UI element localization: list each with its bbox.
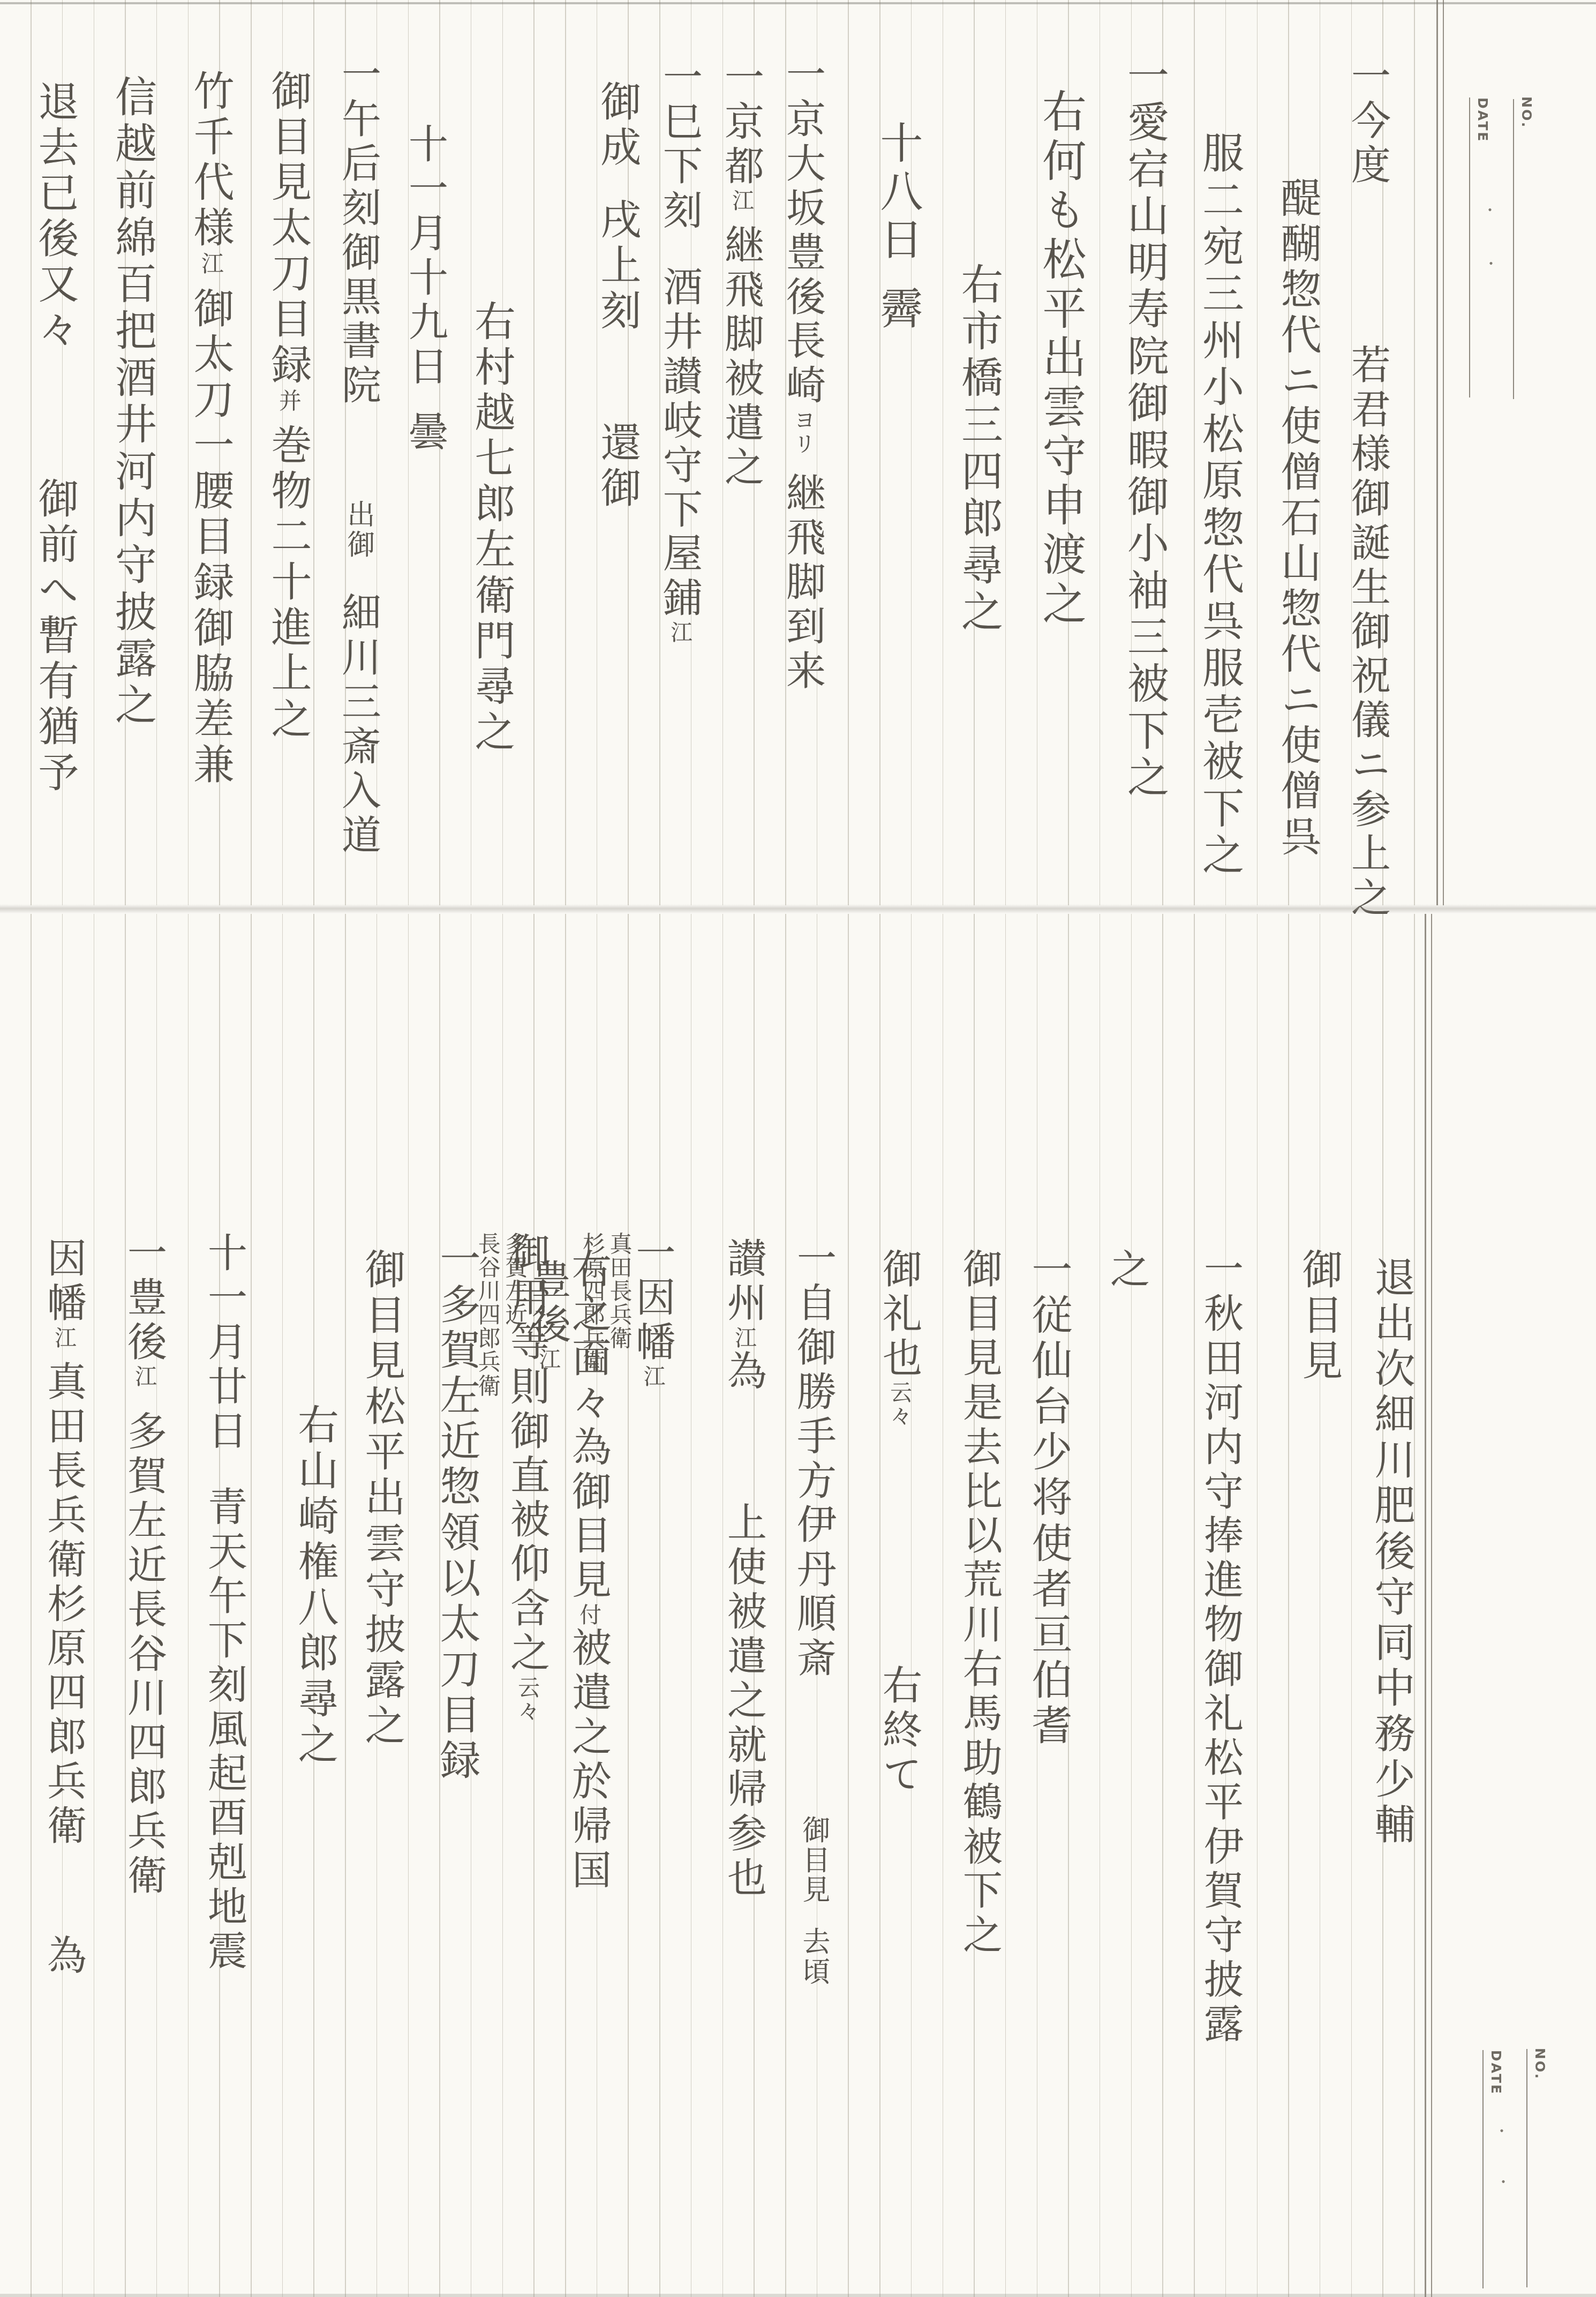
manuscript-column: 竹千代様江御太刀一腰目録御脇差兼 (171, 0, 231, 905)
date-label: DATE (1488, 2050, 1504, 2095)
manuscript-page-2: 退出次細川肥後守同中務少輔御目見一秋田河内守捧進物御礼松平伊賀守披露之一従仙台少… (0, 914, 1596, 2297)
margin-rule (1425, 914, 1426, 2297)
manuscript-page-1: 一今度若君様御誕生御祝儀ニ参上之醍醐惣代ニ使僧石山惣代ニ使僧呉服二宛三州小松原惣… (0, 0, 1596, 905)
manuscript-column: 右之面々為御目見付被遣之於帰国 (548, 914, 608, 2297)
manuscript-column: 服二宛三州小松原惣代呉服壱被下之 (1180, 0, 1240, 905)
manuscript-column: 一巳下刻酒井讃岐守下屋鋪江 (639, 0, 699, 905)
manuscript-column: 御成戌上刻還御 (578, 0, 638, 905)
date-dot: ・ (1482, 199, 1497, 221)
manuscript-column: 一因幡江真田長兵衛杉原四郎兵衛豊後江多賀左近長谷川四郎兵衛 (623, 914, 683, 2297)
manuscript-column: 御目見 (1279, 914, 1339, 2297)
manuscript-column: 十一月廿日青天午下刻風起酉剋地震 (184, 914, 244, 2297)
manuscript-column: 一京都江継飛脚被遣之 (701, 0, 761, 905)
manuscript-column: 退去已後又々御前へ暫有猶予 (16, 0, 76, 905)
manuscript-column: 一従仙台少将使者亘伯耆 (1009, 914, 1069, 2297)
manuscript-column: 一午后刻御黒書院出御細川三斎入道 (318, 0, 378, 905)
margin-rule (1443, 0, 1444, 905)
manuscript-column: 御目見太刀目録并巻物二十進上之 (249, 0, 308, 905)
manuscript-column: 右市橋三四郎尋之 (939, 0, 999, 905)
manuscript-column: 之 (1087, 914, 1147, 2297)
manuscript-column: 退出次細川肥後守同中務少輔 (1352, 914, 1412, 2297)
manuscript-column: 醍醐惣代ニ使僧石山惣代ニ使僧呉 (1258, 0, 1318, 905)
date-dot: ・ (1496, 2171, 1511, 2193)
manuscript-column: 一自御勝手方伊丹順斎御目見去頃 (773, 914, 833, 2297)
manuscript-column: 右何も松平出雲守申渡之 (1022, 0, 1082, 905)
no-rule-line (1526, 2049, 1527, 2287)
date-label: DATE (1475, 97, 1490, 142)
page-seam (0, 904, 1596, 914)
manuscript-column: 御目見松平出雲守披露之 (342, 914, 402, 2297)
manuscript-column: 一京大坂豊後長崎ヨリ継飛脚到来 (763, 0, 823, 905)
date-rule-line (1482, 2050, 1484, 2288)
margin-rule (1436, 0, 1438, 905)
manuscript-column: 讃州江為上使被遣之就帰参也 (704, 914, 764, 2297)
manuscript-column: 右村越七郎左衛門尋之 (452, 0, 512, 905)
manuscript-column: 一今度若君様御誕生御祝儀ニ参上之 (1328, 0, 1388, 905)
date-dot: ・ (1484, 253, 1499, 274)
no-label: NO. (1519, 96, 1534, 129)
manuscript-column: 御目見是去比以荒川右馬助鶴被下之 (939, 914, 999, 2297)
manuscript-column: 一愛宕山明寿院御暇御小袖三被下之 (1105, 0, 1165, 905)
manuscript-column: 十八日霽 (859, 0, 919, 905)
no-rule-line (1513, 99, 1514, 399)
manuscript-column: 御用等則御直被仰含之云々 (487, 914, 547, 2297)
manuscript-column: 信越前綿百把酒井河内守披露之 (93, 0, 153, 905)
manuscript-column: 一豊後江多賀左近長谷川四郎兵衛 (104, 914, 164, 2297)
scan-edge (0, 2, 1596, 4)
manuscript-column: 御礼也云々右終て (859, 914, 919, 2297)
manuscript-column: 右山崎権八郎尋之 (275, 914, 335, 2297)
scan-edge (0, 2294, 1596, 2297)
date-rule-line (1469, 97, 1470, 397)
manuscript-column: 因幡江真田長兵衛杉原四郎兵衛為 (24, 914, 84, 2297)
date-dot: ・ (1494, 2120, 1509, 2142)
manuscript-column: 一多賀左近惣領以太刀目録 (417, 914, 477, 2297)
manuscript-column: 一秋田河内守捧進物御礼松平伊賀守披露 (1180, 914, 1240, 2297)
manuscript-scan: 一今度若君様御誕生御祝儀ニ参上之醍醐惣代ニ使僧石山惣代ニ使僧呉服二宛三州小松原惣… (0, 0, 1596, 2297)
margin-rule (1431, 914, 1432, 2297)
no-label: NO. (1532, 2048, 1548, 2080)
manuscript-column: 十一月十九日曇 (385, 0, 445, 905)
